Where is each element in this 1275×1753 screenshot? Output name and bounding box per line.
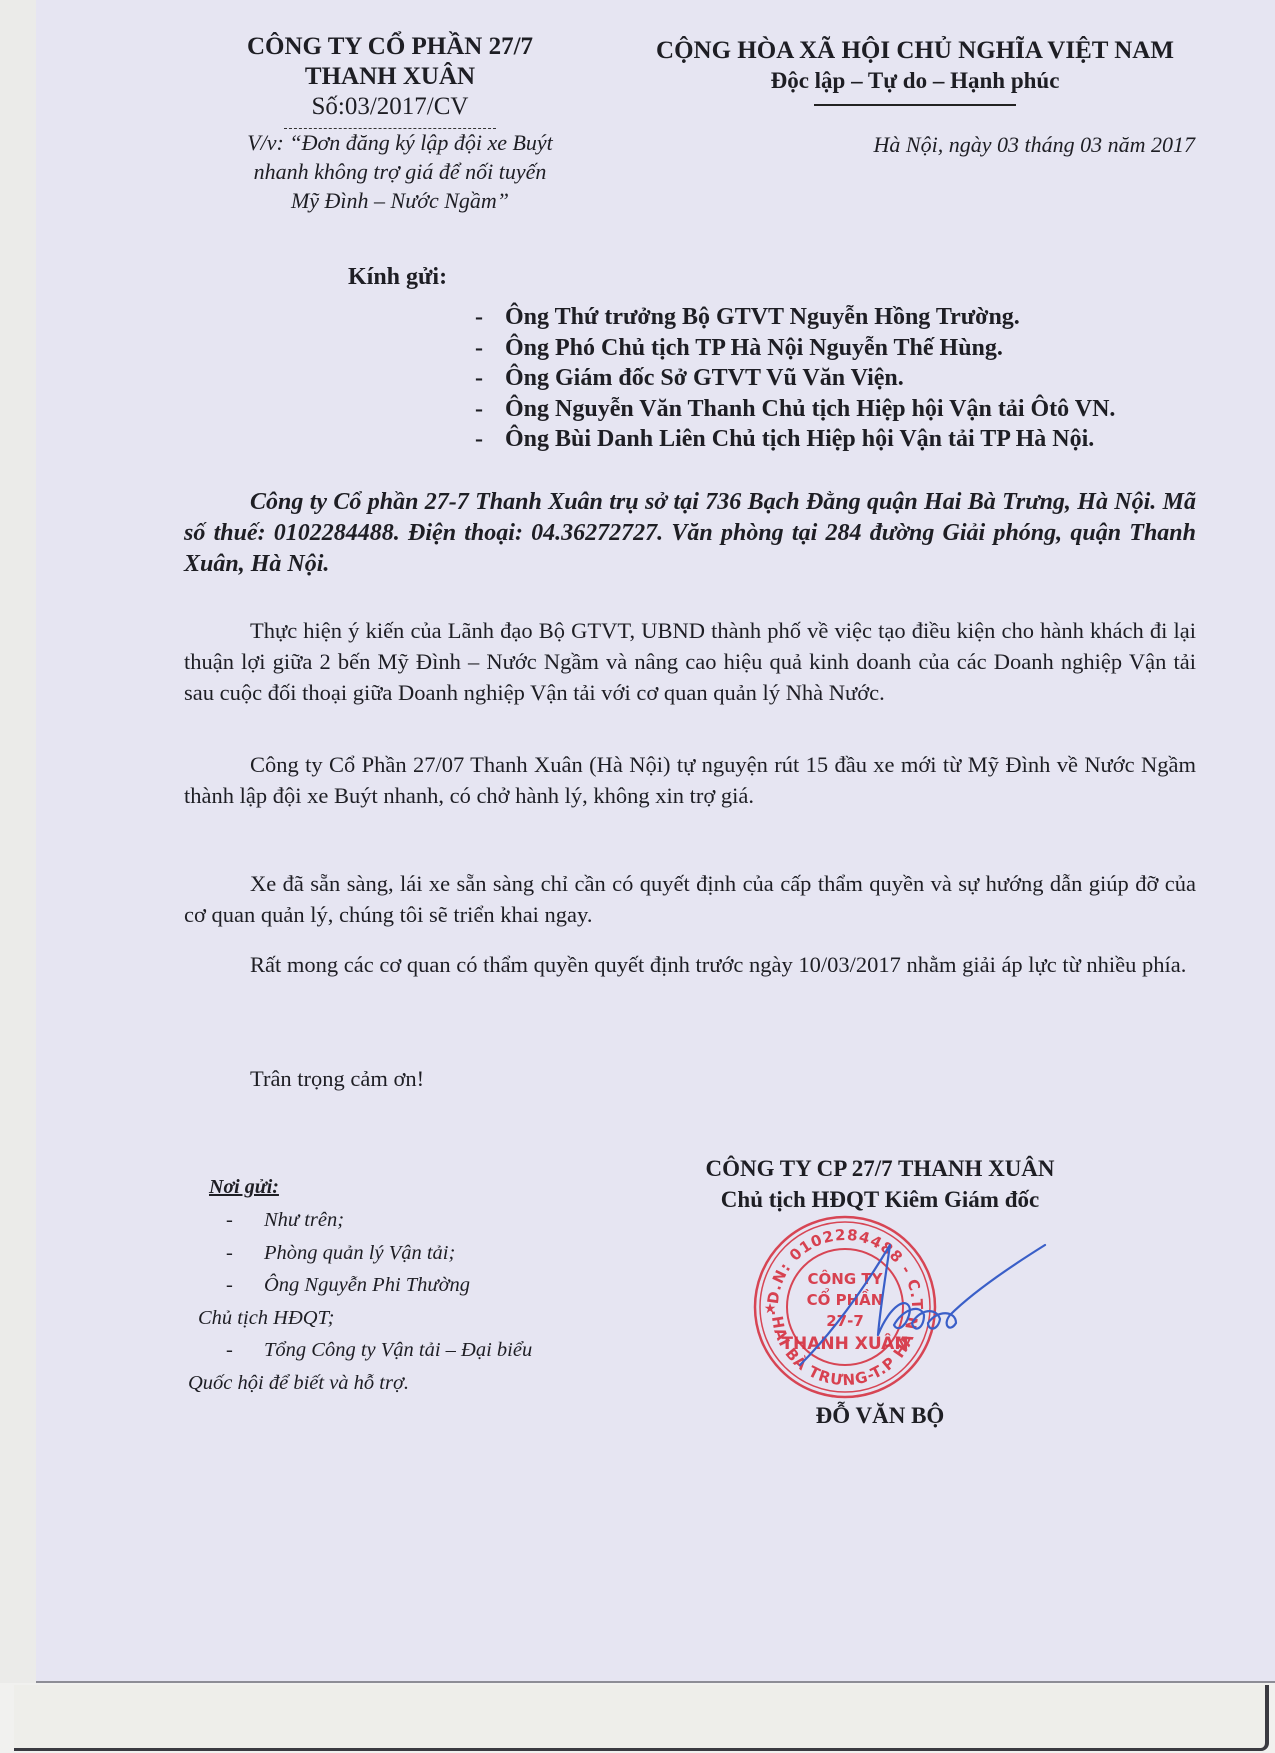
recipient-text: Ông Thứ trưởng Bộ GTVT Nguyễn Hồng Trườn… (505, 304, 1020, 330)
bullet-dash: - (188, 1334, 264, 1367)
bullet-dash: - (188, 1269, 264, 1302)
bullet-dash: - (188, 1237, 264, 1270)
recipient-text: Ông Giám đốc Sở GTVT Vũ Văn Viện. (505, 365, 904, 391)
body-paragraph: Rất mong các cơ quan có thẩm quyền quyết… (184, 949, 1196, 980)
company-name-line1: CÔNG TY CỔ PHẦN 27/7 (235, 32, 545, 62)
signing-company: CÔNG TY CP 27/7 THANH XUÂN (640, 1153, 1120, 1184)
recipient-item: -Ông Phó Chủ tịch TP Hà Nội Nguyễn Thế H… (475, 333, 1115, 364)
bullet-dash: - (475, 302, 505, 333)
recipient-item: -Ông Thứ trưởng Bộ GTVT Nguyễn Hồng Trườ… (475, 302, 1115, 333)
copies-continuation: Quốc hội để biết và hỗ trợ. (188, 1367, 648, 1400)
company-intro-paragraph: Công ty Cổ phần 27-7 Thanh Xuân trụ sở t… (184, 487, 1196, 580)
closing-thanks: Trân trọng cảm ơn! (250, 1066, 424, 1092)
copies-item: -Tổng Công ty Vận tải – Đại biểu (188, 1334, 648, 1367)
document-page (36, 0, 1275, 1683)
country-name: CỘNG HÒA XÃ HỘI CHỦ NGHĨA VIỆT NAM (615, 36, 1215, 66)
bullet-dash: - (475, 363, 505, 394)
recipient-text: Ông Bùi Danh Liên Chủ tịch Hiệp hội Vận … (505, 426, 1094, 452)
copies-text: Như trên; (264, 1209, 344, 1231)
copies-item: -Phòng quản lý Vận tải; (188, 1237, 648, 1270)
handwritten-signature-icon (790, 1225, 1050, 1375)
copies-text: Phòng quản lý Vận tải; (264, 1242, 455, 1264)
subject-line: V/v: “Đơn đăng ký lập đội xe Buýt (200, 128, 600, 157)
recipient-text: Ông Nguyễn Văn Thanh Chủ tịch Hiệp hội V… (505, 396, 1115, 422)
scan-bottom-strip (14, 1685, 1269, 1751)
signer-name: ĐỖ VĂN BỘ (640, 1403, 1120, 1429)
national-header: CỘNG HÒA XÃ HỘI CHỦ NGHĨA VIỆT NAM Độc l… (615, 36, 1215, 106)
svg-text:★: ★ (764, 1301, 777, 1317)
signer-title: Chủ tịch HĐQT Kiêm Giám đốc (640, 1184, 1120, 1215)
recipient-list: -Ông Thứ trưởng Bộ GTVT Nguyễn Hồng Trườ… (475, 302, 1115, 455)
recipient-item: -Ông Giám đốc Sở GTVT Vũ Văn Viện. (475, 363, 1115, 394)
national-motto: Độc lập – Tự do – Hạnh phúc (615, 66, 1215, 96)
salutation: Kính gửi: (348, 264, 447, 291)
recipient-item: -Ông Nguyễn Văn Thanh Chủ tịch Hiệp hội … (475, 394, 1115, 425)
place-date: Hà Nội, ngày 03 tháng 03 năm 2017 (700, 130, 1195, 160)
company-header: CÔNG TY CỔ PHẦN 27/7 THANH XUÂN Số:03/20… (235, 32, 545, 129)
bullet-dash: - (475, 394, 505, 425)
subject-line: nhanh không trợ giá để nối tuyến (200, 157, 600, 186)
recipient-text: Ông Phó Chủ tịch TP Hà Nội Nguyễn Thế Hù… (505, 335, 1003, 361)
company-name-line2: THANH XUÂN (235, 62, 545, 92)
copies-item: -Như trên; (188, 1204, 648, 1237)
body-paragraph: Thực hiện ý kiến của Lãnh đạo Bộ GTVT, U… (184, 615, 1196, 708)
document-number: Số:03/2017/CV (235, 92, 545, 122)
copies-text: Tổng Công ty Vận tải – Đại biểu (264, 1339, 532, 1361)
signature-block: CÔNG TY CP 27/7 THANH XUÂN Chủ tịch HĐQT… (640, 1153, 1120, 1215)
bullet-dash: - (188, 1204, 264, 1237)
copies-title: Nơi gửi: (209, 1176, 279, 1199)
scan-left-margin (0, 0, 36, 1683)
recipient-item: -Ông Bùi Danh Liên Chủ tịch Hiệp hội Vận… (475, 424, 1115, 455)
bullet-dash: - (475, 424, 505, 455)
motto-underline (814, 104, 1016, 106)
subject: V/v: “Đơn đăng ký lập đội xe Buýt nhanh … (200, 128, 600, 215)
copies-text: Ông Nguyễn Phi Thường (264, 1274, 470, 1296)
body-paragraph: Xe đã sẵn sàng, lái xe sẵn sàng chỉ cần … (184, 868, 1196, 930)
bullet-dash: - (475, 333, 505, 364)
copies-item: -Ông Nguyễn Phi Thường (188, 1269, 648, 1302)
copies-list: -Như trên; -Phòng quản lý Vận tải; -Ông … (188, 1204, 648, 1399)
copies-continuation: Chủ tịch HĐQT; (188, 1302, 648, 1335)
body-paragraph: Công ty Cổ Phần 27/07 Thanh Xuân (Hà Nội… (184, 749, 1196, 811)
subject-line: Mỹ Đình – Nước Ngầm” (200, 186, 600, 215)
